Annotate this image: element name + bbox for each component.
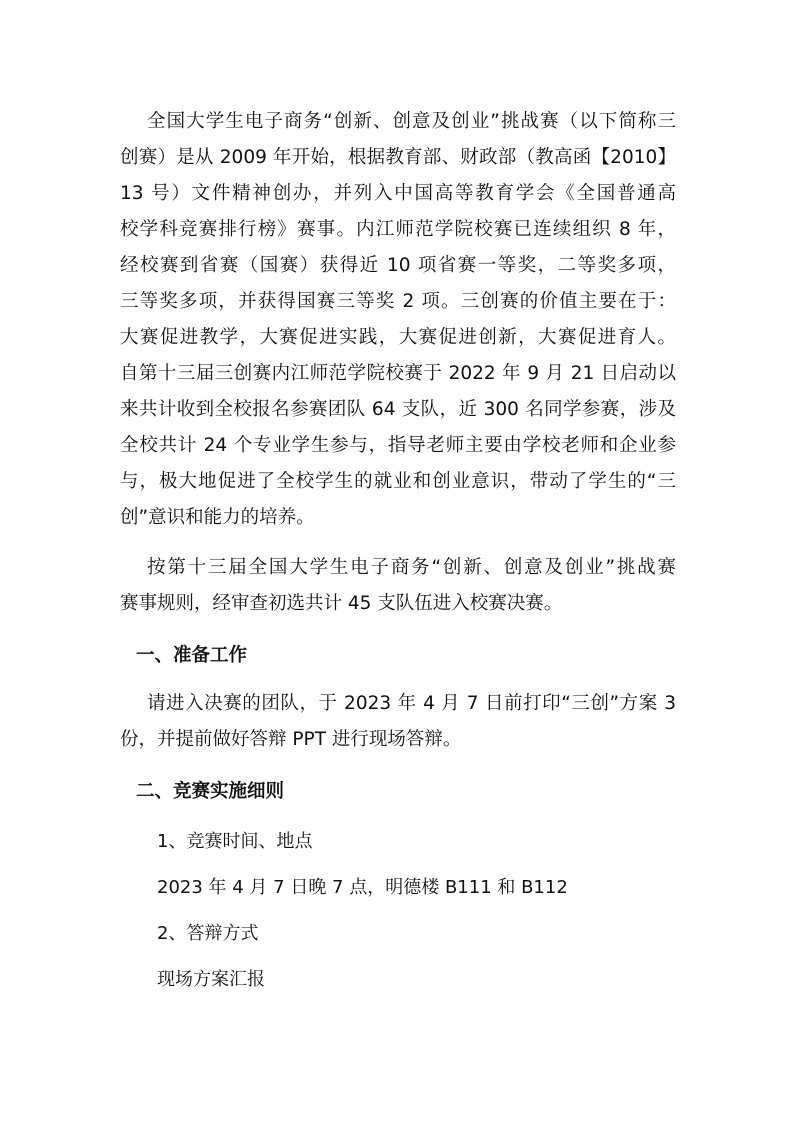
paragraph-line: 经校赛到省赛（国赛）获得近 10 项省赛一等奖，二等奖多项， bbox=[120, 254, 676, 278]
paragraph-line: 创赛）是从 2009 年开始，根据教育部、财政部（教高函【2010】 bbox=[120, 146, 676, 170]
paragraph-line: 大赛促进教学，大赛促进实践，大赛促进创新，大赛促进育人。 bbox=[120, 326, 676, 350]
item-content: 现场方案汇报 bbox=[157, 968, 713, 992]
paragraph-line: 13 号）文件精神创办，并列入中国高等教育学会《全国普通高 bbox=[120, 182, 676, 206]
item-title: 1、竞赛时间、地点 bbox=[157, 830, 713, 854]
paragraph-line: 三等奖多项，并获得国赛三等奖 2 项。三创赛的价值主要在于： bbox=[120, 290, 676, 314]
paragraph-line: 来共计收到全校报名参赛团队 64 支队，近 300 名同学参赛，涉及 bbox=[120, 398, 676, 422]
paragraph-line: 全国大学生电子商务“创新、创意及创业”挑战赛（以下简称三 bbox=[147, 110, 676, 134]
item-content: 2023 年 4 月 7 日晚 7 点，明德楼 B111 和 B112 bbox=[157, 876, 713, 900]
section-heading: 二、竞赛实施细则 bbox=[136, 780, 692, 804]
paragraph-line: 校学科竞赛排行榜》赛事。内江师范学院校赛已连续组织 8 年， bbox=[120, 218, 676, 242]
document-page: 全国大学生电子商务“创新、创意及创业”挑战赛（以下简称三 创赛）是从 2009 … bbox=[0, 0, 793, 1122]
item-title: 2、答辩方式 bbox=[157, 922, 713, 946]
paragraph-line: 份，并提前做好答辩 PPT 进行现场答辩。 bbox=[120, 728, 676, 752]
section-heading: 一、准备工作 bbox=[136, 644, 692, 668]
paragraph-line: 请进入决赛的团队，于 2023 年 4 月 7 日前打印“三创”方案 3 bbox=[147, 692, 676, 716]
paragraph-line: 全校共计 24 个专业学生参与，指导老师主要由学校老师和企业参 bbox=[120, 434, 676, 458]
paragraph-line: 创”意识和能力的培养。 bbox=[120, 506, 676, 530]
paragraph-line: 赛事规则，经审查初选共计 45 支队伍进入校赛决赛。 bbox=[120, 592, 676, 616]
paragraph-line: 自第十三届三创赛内江师范学院校赛于 2022 年 9 月 21 日启动以 bbox=[120, 362, 676, 386]
paragraph-line: 按第十三届全国大学生电子商务“创新、创意及创业”挑战赛 bbox=[147, 556, 676, 580]
paragraph-line: 与，极大地促进了全校学生的就业和创业意识，带动了学生的“三 bbox=[120, 470, 676, 494]
